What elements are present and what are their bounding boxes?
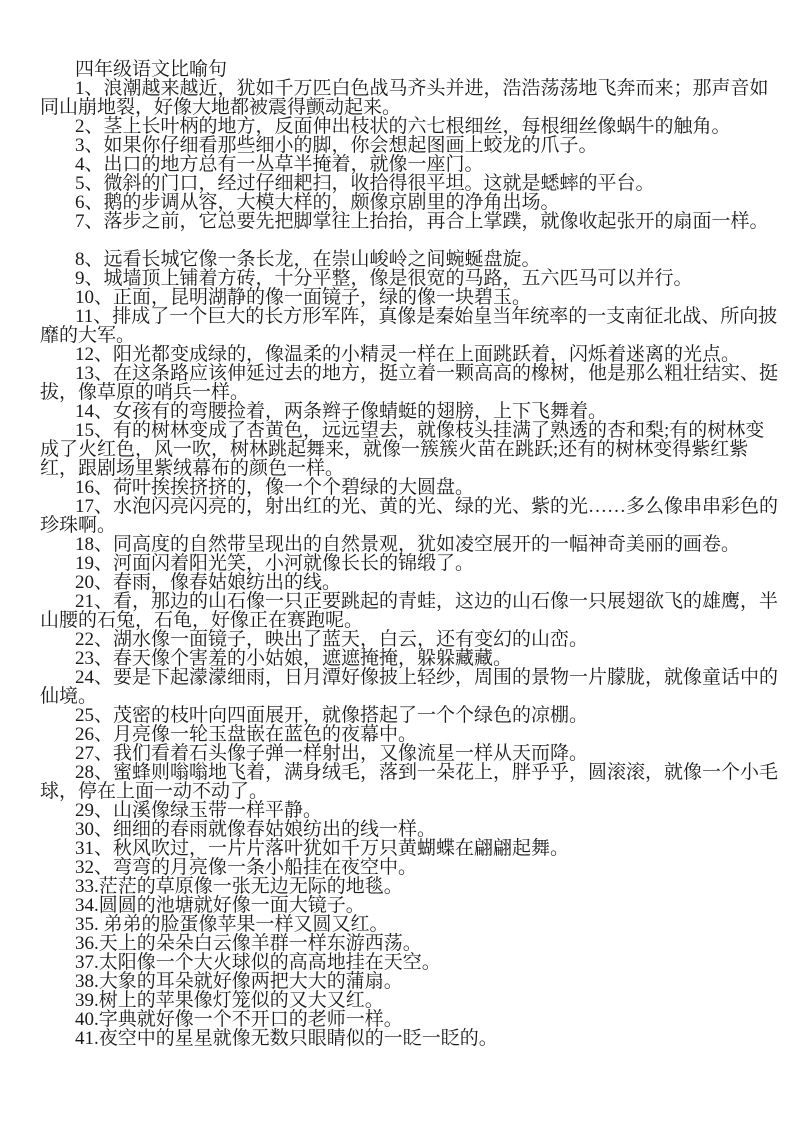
- sentence-item: 38.大象的耳朵就好像两把大大的蒲扇。: [40, 972, 778, 991]
- sentence-item: 25、茂密的枝叶向四面展开，就像搭起了一个个绿色的凉棚。: [40, 706, 778, 725]
- sentence-item: 6、鹅的步调从容，大模大样的，颇像京剧里的净角出场。: [40, 193, 778, 212]
- sentence-item: 30、细细的春雨就像春姑娘纺出的线一样。: [40, 820, 778, 839]
- sentence-item: 29、山溪像绿玉带一样平静。: [40, 801, 778, 820]
- sentence-item: 19、河面闪着阳光笑，小河就像长长的锦缎了。: [40, 554, 778, 573]
- document-page: 四年级语文比喻句 1、浪潮越来越近，犹如千万匹白色战马齐头并进，浩浩荡荡地飞奔而…: [0, 0, 800, 1132]
- sentence-item: 21、看，那边的山石像一只正要跳起的青蛙，这边的山石像一只展翅欲飞的雄鹰，半山腰…: [40, 592, 778, 630]
- sentence-item: 1、浪潮越来越近，犹如千万匹白色战马齐头并进，浩浩荡荡地飞奔而来；那声音如同山崩…: [40, 79, 778, 117]
- sentence-list: 1、浪潮越来越近，犹如千万匹白色战马齐头并进，浩浩荡荡地飞奔而来；那声音如同山崩…: [40, 79, 778, 1048]
- sentence-item: 36.天上的朵朵白云像羊群一样东游西荡。: [40, 934, 778, 953]
- sentence-item: 2、茎上长叶柄的地方，反面伸出枝状的六七根细丝，每根细丝像蜗牛的触角。: [40, 117, 778, 136]
- sentence-item: 26、月亮像一轮玉盘嵌在蓝色的夜幕中。: [40, 725, 778, 744]
- sentence-item: 13、在这条路应该伸延过去的地方，挺立着一颗高高的橡树，他是那么粗壮结实、挺拔，…: [40, 364, 778, 402]
- sentence-item: 10、正面，昆明湖静的像一面镜子，绿的像一块碧玉。: [40, 288, 778, 307]
- document-title: 四年级语文比喻句: [40, 60, 778, 79]
- document-body: 四年级语文比喻句 1、浪潮越来越近，犹如千万匹白色战马齐头并进，浩浩荡荡地飞奔而…: [40, 60, 778, 1048]
- sentence-item: 40.字典就好像一个不开口的老师一样。: [40, 1010, 778, 1029]
- sentence-item: 3、如果你仔细看那些细小的脚，你会想起图画上蛟龙的爪子。: [40, 136, 778, 155]
- sentence-item: 4、出口的地方总有一丛草半掩着，就像一座门。: [40, 155, 778, 174]
- sentence-item: 37.太阳像一个大火球似的高高地挂在天空。: [40, 953, 778, 972]
- sentence-item: 33.茫茫的草原像一张无边无际的地毯。: [40, 877, 778, 896]
- sentence-item: 9、城墙顶上铺着方砖，十分平整，像是很宽的马路，五六匹马可以并行。: [40, 269, 778, 288]
- sentence-item: 34.圆圆的池塘就好像一面大镜子。: [40, 896, 778, 915]
- sentence-item: 20、春雨，像春姑娘纺出的线。: [40, 573, 778, 592]
- sentence-item: 23、春天像个害羞的小姑娘，遮遮掩掩，躲躲藏藏。: [40, 649, 778, 668]
- sentence-item: 17、水泡闪亮闪亮的，射出红的光、黄的光、绿的光、紫的光……多么像串串彩色的珍珠…: [40, 497, 778, 535]
- sentence-item: 14、女孩有的弯腰捡着，两条辫子像蜻蜓的翅膀，上下飞舞着。: [40, 402, 778, 421]
- sentence-item: 28、蜜蜂则嗡嗡地飞着，满身绒毛，落到一朵花上，胖乎乎，圆滚滚，就像一个小毛球，…: [40, 763, 778, 801]
- sentence-item: 27、我们看着石头像子弹一样射出，又像流星一样从天而降。: [40, 744, 778, 763]
- sentence-item: 22、湖水像一面镜子，映出了蓝天，白云，还有变幻的山峦。: [40, 630, 778, 649]
- sentence-item: 39.树上的苹果像灯笼似的又大又红。: [40, 991, 778, 1010]
- sentence-item: 18、同高度的自然带呈现出的自然景观，犹如凌空展开的一幅神奇美丽的画卷。: [40, 535, 778, 554]
- sentence-item: 5、微斜的门口，经过仔细耙扫，收拾得很平坦。这就是蟋蟀的平台。: [40, 174, 778, 193]
- sentence-item: 15、有的树林变成了杏黄色，远远望去，就像枝头挂满了熟透的杏和梨;有的树林变成了…: [40, 421, 778, 478]
- sentence-item: 8、远看长城它像一条长龙，在崇山峻岭之间蜿蜒盘旋。: [40, 250, 778, 269]
- sentence-item: 35. 弟弟的脸蛋像苹果一样又圆又红。: [40, 915, 778, 934]
- sentence-item: 41.夜空中的星星就像无数只眼睛似的一眨一眨的。: [40, 1029, 778, 1048]
- sentence-item: 31、秋风吹过，一片片落叶犹如千万只黄蝴蝶在翩翩起舞。: [40, 839, 778, 858]
- sentence-item: 12、阳光都变成绿的，像温柔的小精灵一样在上面跳跃着，闪烁着迷离的光点。: [40, 345, 778, 364]
- sentence-item: 11、排成了一个巨大的长方形军阵，真像是秦始皇当年统率的一支南征北战、所向披靡的…: [40, 307, 778, 345]
- sentence-item: 7、落步之前，它总要先把脚掌往上抬抬，再合上掌蹼，就像收起张开的扇面一样。: [40, 212, 778, 231]
- sentence-item: 24、要是下起濛濛细雨，日月潭好像披上轻纱，周围的景物一片朦胧，就像童话中的仙境…: [40, 668, 778, 706]
- sentence-item: 32、弯弯的月亮像一条小船挂在夜空中。: [40, 858, 778, 877]
- sentence-item: 16、荷叶挨挨挤挤的，像一个个碧绿的大圆盘。: [40, 478, 778, 497]
